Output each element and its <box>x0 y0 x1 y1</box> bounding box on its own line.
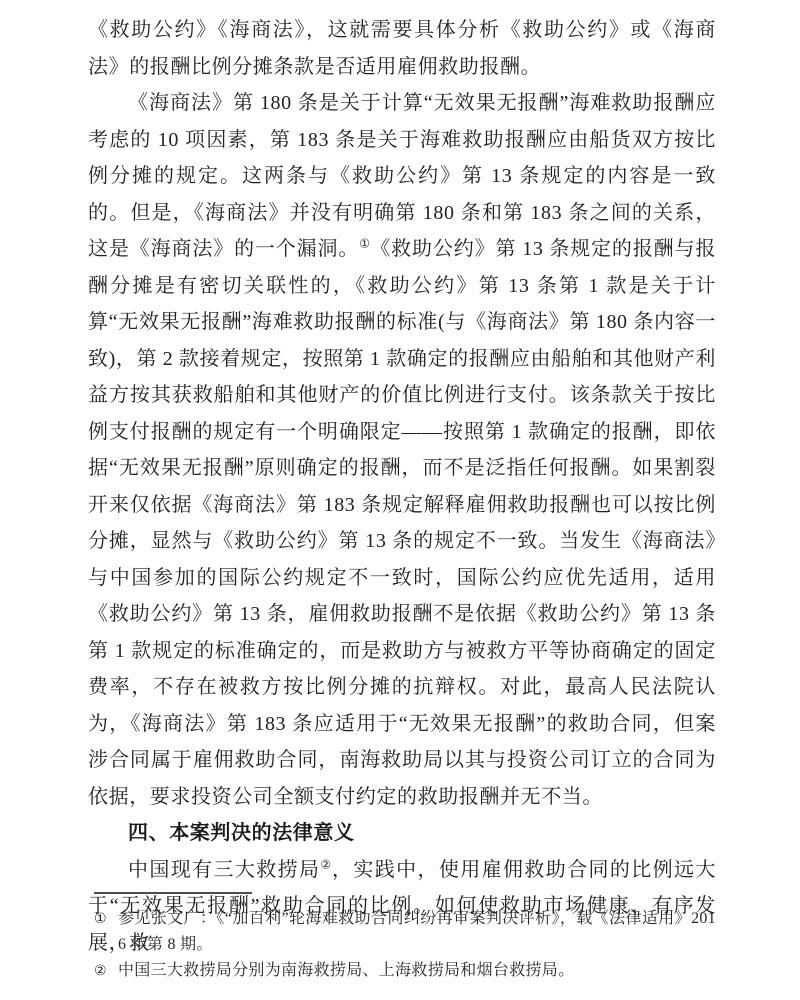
paragraph-text: 《海商法》第 180 条是关于计算“无效果无报酬”海难救助报酬应考虑的 10 项… <box>88 92 716 260</box>
footnote-marker-2: ② <box>88 958 118 984</box>
footnote-item-1: ① 参见张文广：《“加百利”轮海难救助合同纠纷再审案判决评析》，载《法律适用》2… <box>88 906 716 958</box>
paragraph-text: 《救助公约》第 13 条规定的报酬与报酬分摊是有密切关联性的，《救助公约》第 1… <box>88 238 716 808</box>
footnote-separator <box>94 892 252 894</box>
footnote-text-1: 参见张文广：《“加百利”轮海难救助合同纠纷再审案判决评析》，载《法律适用》201… <box>118 906 716 958</box>
paragraph-text: 中国现有三大救捞局 <box>128 859 320 881</box>
footnote-reference-2: ② <box>320 857 332 871</box>
document-page: 《救助公约》《海商法》，这就需要具体分析《救助公约》或《海商法》的报酬比例分摊条… <box>0 0 800 1000</box>
paragraph-analysis: 《海商法》第 180 条是关于计算“无效果无报酬”海难救助报酬应考虑的 10 项… <box>88 85 716 815</box>
footnotes-section: ① 参见张文广：《“加百利”轮海难救助合同纠纷再审案判决评析》，载《法律适用》2… <box>88 884 716 984</box>
footnote-text-2: 中国三大救捞局分别为南海救捞局、上海救捞局和烟台救捞局。 <box>118 958 716 984</box>
article-body: 《救助公约》《海商法》，这就需要具体分析《救助公约》或《海商法》的报酬比例分摊条… <box>88 12 716 961</box>
footnote-reference-1: ① <box>359 236 370 250</box>
footnote-item-2: ② 中国三大救捞局分别为南海救捞局、上海救捞局和烟台救捞局。 <box>88 958 716 984</box>
section-heading: 四、本案判决的法律意义 <box>88 815 716 852</box>
paragraph-continuation: 《救助公约》《海商法》，这就需要具体分析《救助公约》或《海商法》的报酬比例分摊条… <box>88 12 716 85</box>
footnote-marker-1: ① <box>88 906 118 932</box>
